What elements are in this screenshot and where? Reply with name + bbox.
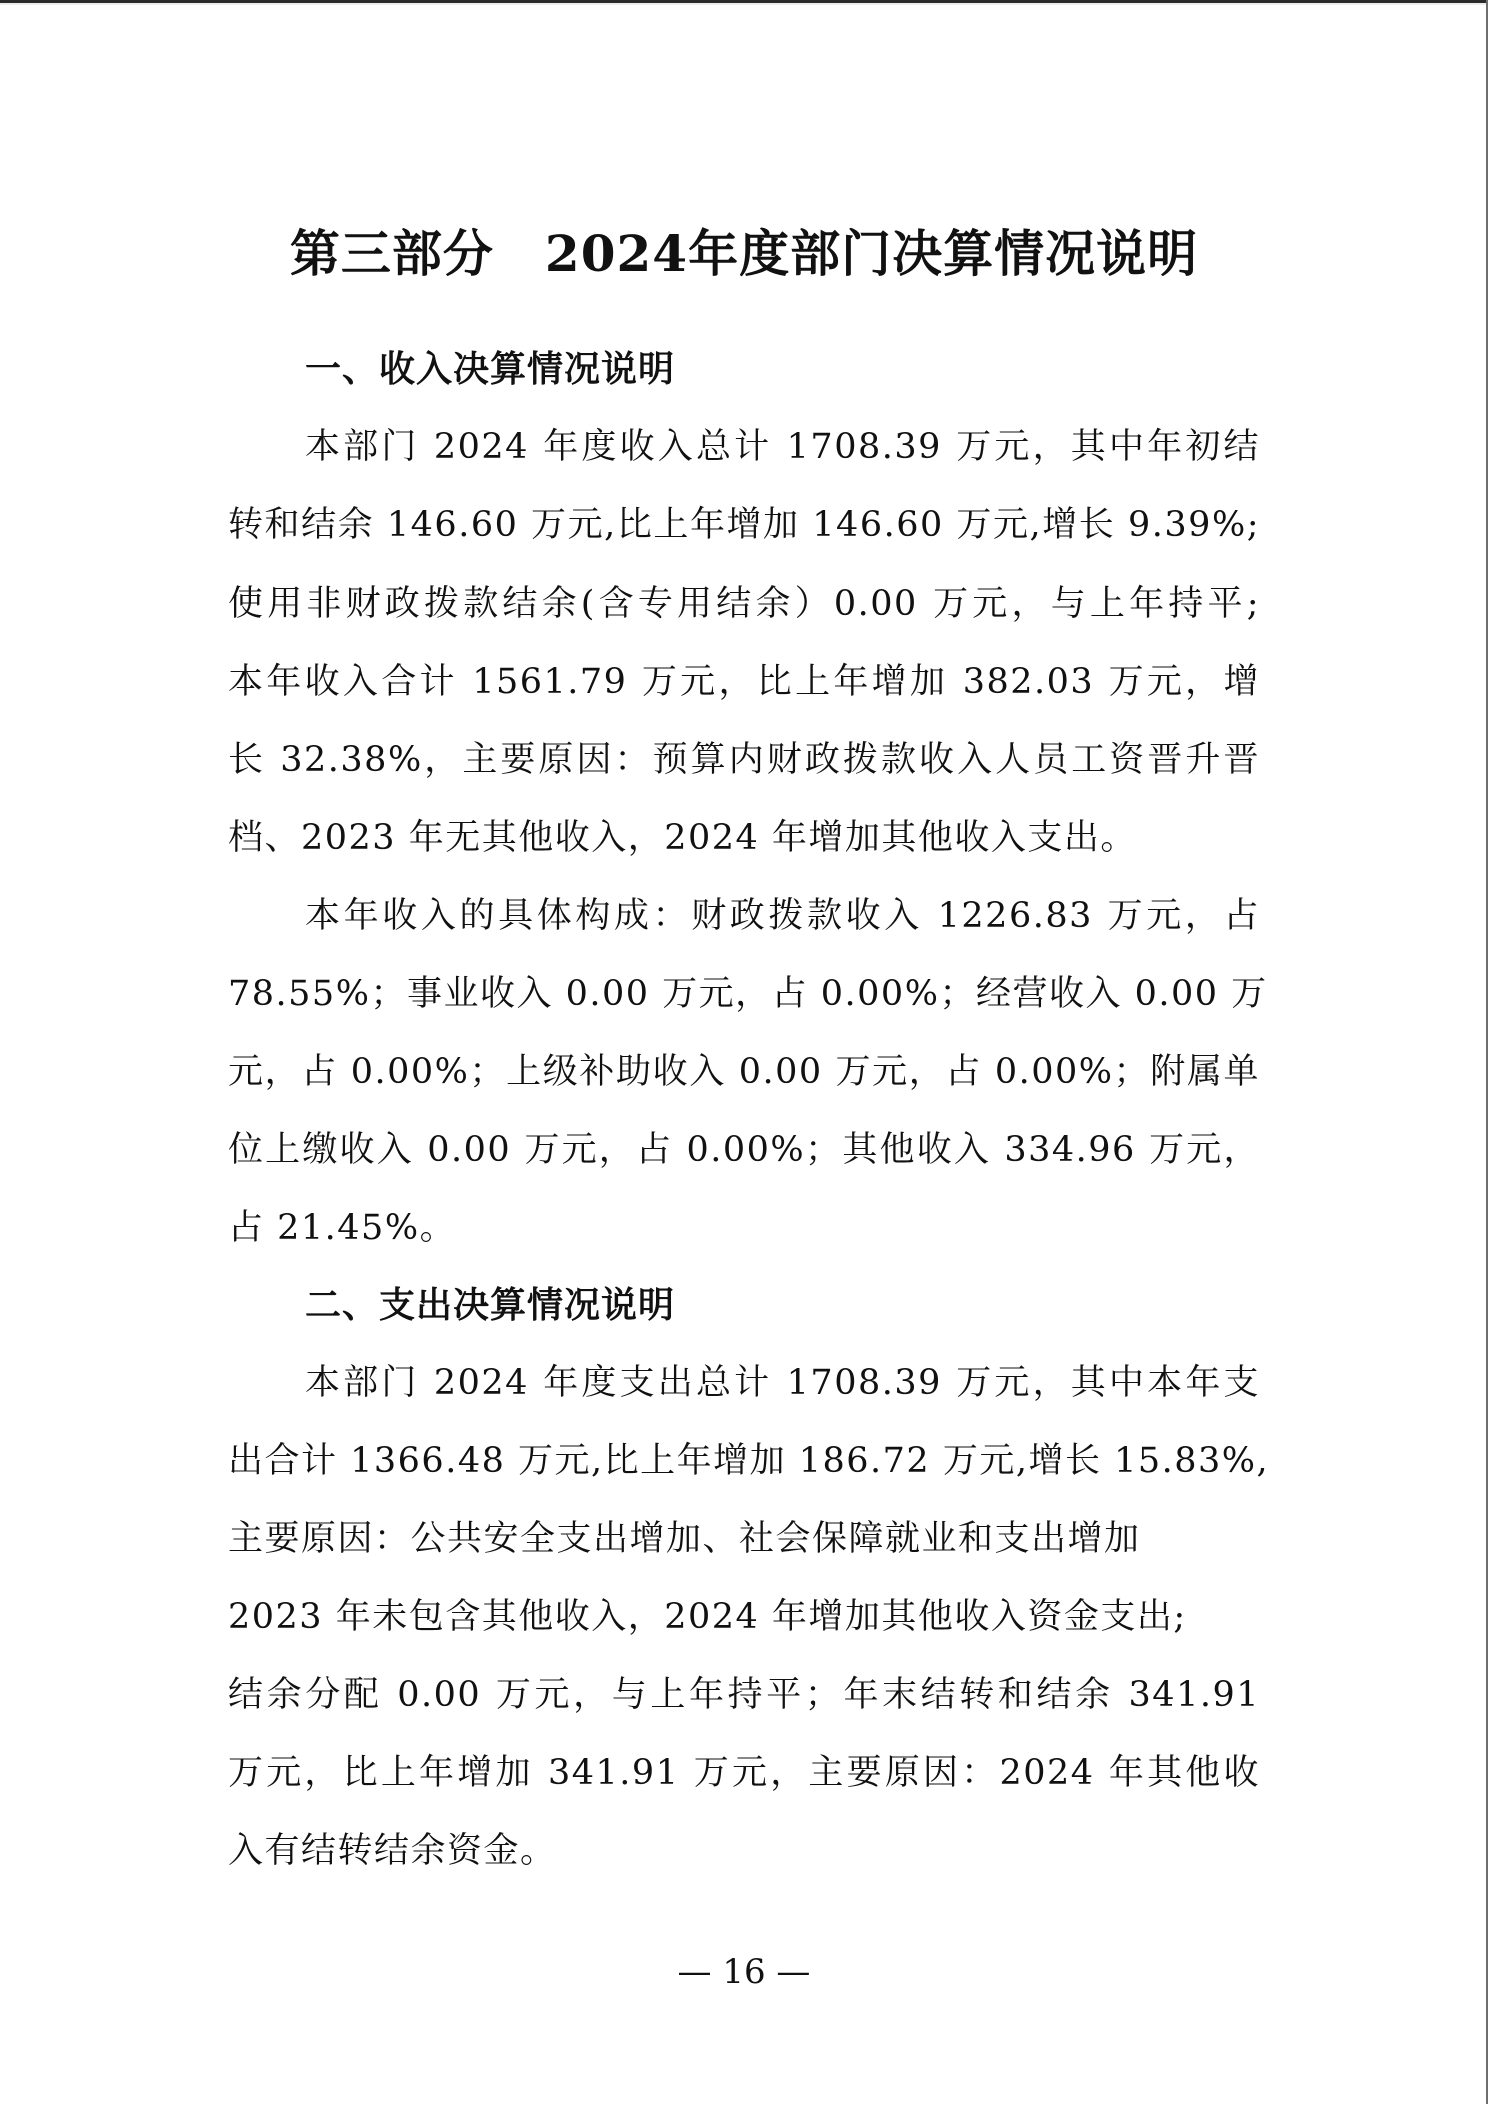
text-line: 78.55%；事业收入 0.00 万元，占 0.00%；经营收入 0.00 万 <box>228 970 1260 1018</box>
text-line: 入有结转结余资金。 <box>228 1827 1260 1875</box>
text-line: 长 32.38%，主要原因：预算内财政拨款收入人员工资晋升晋 <box>228 736 1260 784</box>
text-line: 本年收入合计 1561.79 万元，比上年增加 382.03 万元，增 <box>228 658 1260 706</box>
text-line: 出合计 1366.48 万元,比上年增加 186.72 万元,增长 15.83%… <box>228 1437 1260 1485</box>
text-line: 使用非财政拨款结余(含专用结余）0.00 万元，与上年持平; <box>228 580 1260 628</box>
section-heading-income: 一、收入决算情况说明 <box>305 346 675 394</box>
text-line: 占 21.45%。 <box>228 1204 1260 1252</box>
page-top-border-shadow <box>0 3 1488 5</box>
text-line: 档、2023 年无其他收入，2024 年增加其他收入支出。 <box>228 814 1260 862</box>
page-title: 第三部分 2024年度部门决算情况说明 <box>0 224 1488 284</box>
text-line: 元，占 0.00%；上级补助收入 0.00 万元，占 0.00%；附属单 <box>228 1048 1260 1096</box>
text-line: 位上缴收入 0.00 万元，占 0.00%；其他收入 334.96 万元， <box>228 1126 1260 1174</box>
text-line: 本部门 2024 年度支出总计 1708.39 万元，其中本年支 <box>305 1359 1260 1407</box>
page-number: — 16 — <box>0 1950 1488 1994</box>
text-line: 主要原因：公共安全支出增加、社会保障就业和支出增加 <box>228 1515 1260 1563</box>
section-heading-expenditure: 二、支出决算情况说明 <box>305 1282 675 1330</box>
text-line: 本年收入的具体构成：财政拨款收入 1226.83 万元，占 <box>305 892 1260 940</box>
text-line: 2023 年未包含其他收入，2024 年增加其他收入资金支出; <box>228 1593 1260 1641</box>
text-line: 本部门 2024 年度收入总计 1708.39 万元，其中年初结 <box>305 423 1260 471</box>
text-line: 结余分配 0.00 万元，与上年持平；年末结转和结余 341.91 <box>228 1671 1260 1719</box>
text-line: 万元，比上年增加 341.91 万元，主要原因：2024 年其他收 <box>228 1749 1260 1797</box>
text-line: 转和结余 146.60 万元,比上年增加 146.60 万元,增长 9.39%; <box>228 501 1260 549</box>
